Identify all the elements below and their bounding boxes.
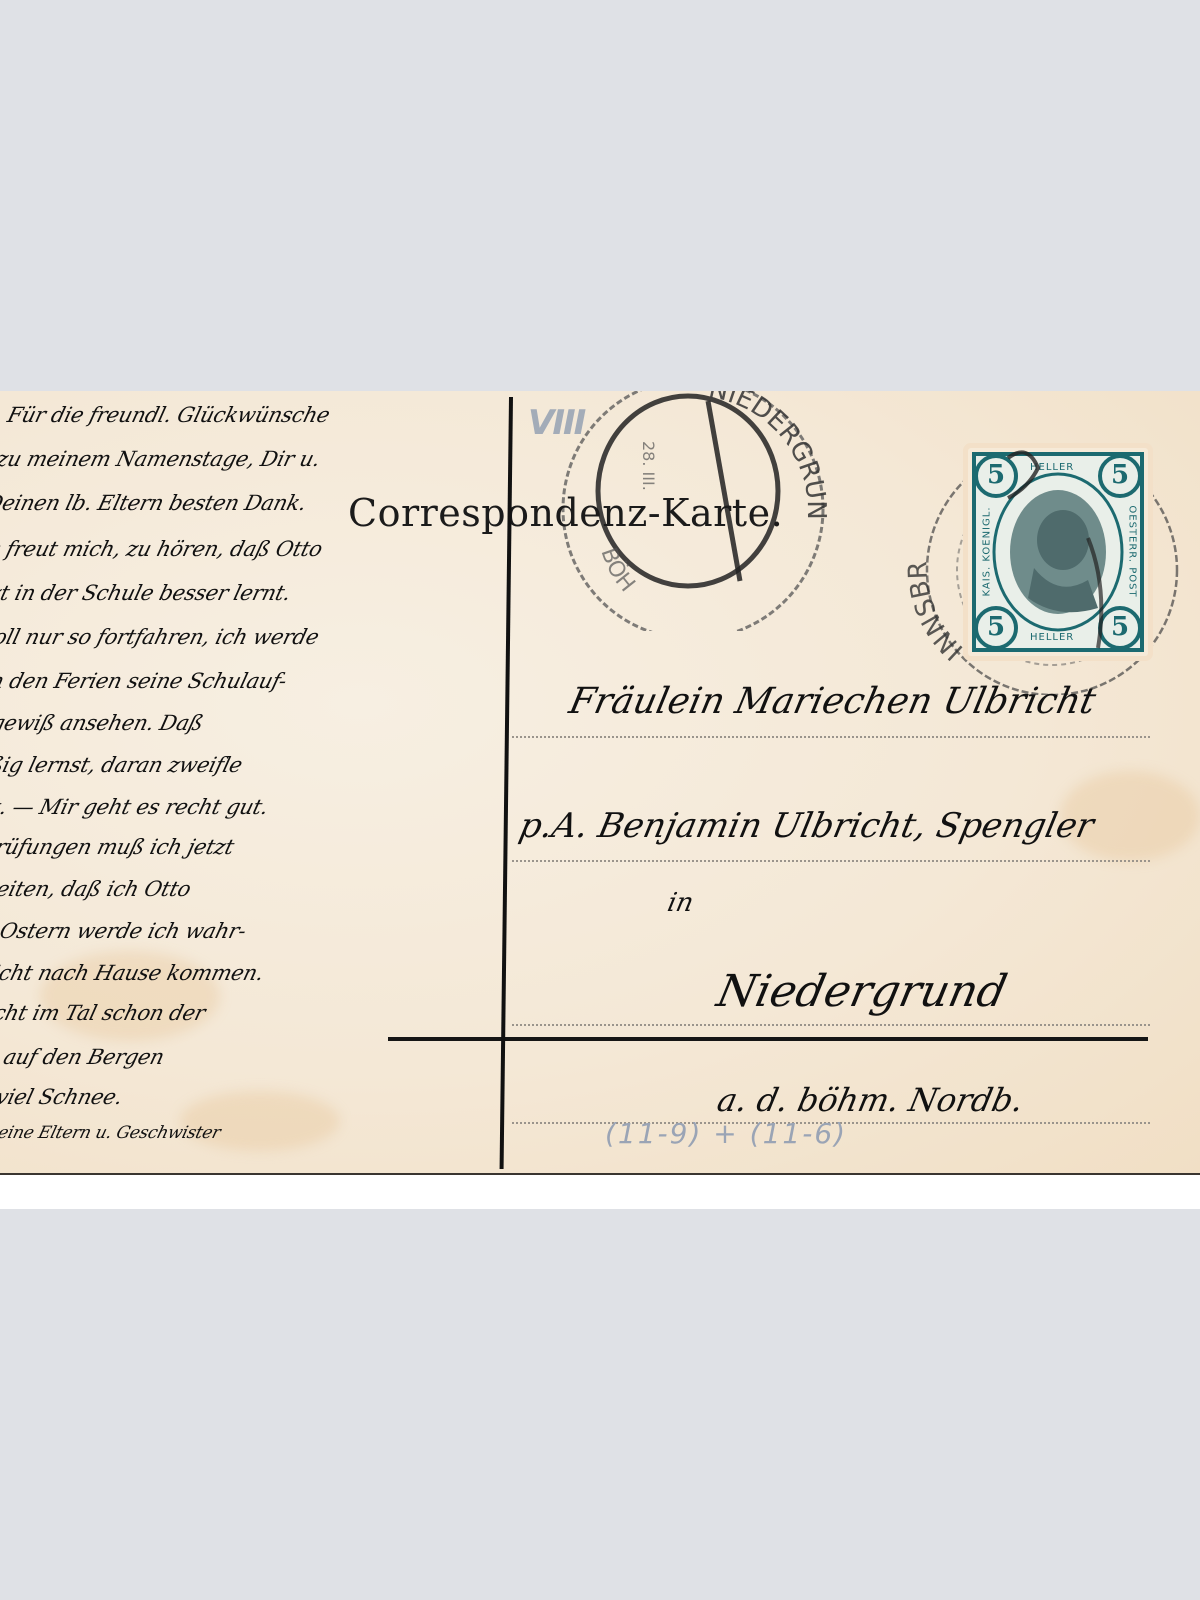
message-line: sätze gewiß ansehen. Daß [0,711,206,735]
message-line: jetzt in der Schule besser lernt. [0,581,293,605]
message-line: Mit Gruß an Dich, Deine Eltern u. Geschw… [0,1123,222,1143]
message-line: Er soll nur so fortfahren, ich werde [0,625,321,649]
address-line-3 [512,1024,1150,1026]
message-line: Du fleißig lernst, daran zweifle [0,753,245,777]
message-line: Deinen lb. Eltern besten Dank. [0,491,309,515]
address-town: Niedergrund [713,966,1012,1017]
message-line: scheinlich nicht nach Hause kommen. [0,961,266,985]
message-signature: R. U. [0,1147,1,1165]
pencil-catalog-note: (11-9) + (11-6) [605,1117,847,1150]
message-line: Für die Prüfungen muß ich jetzt [0,835,236,859]
address-line-2 [512,860,1150,862]
svg-text:INNSBR: INNSBR [903,561,969,666]
message-line: trösten. Zu Ostern werde ich wahr- [0,919,249,943]
address-preposition: in [665,888,696,918]
address-region: a. d. böhm. Nordb. [714,1081,1027,1119]
message-line: Frühling, aber auf den Bergen [0,1045,167,1069]
message-line: mir in den Ferien seine Schulauf- [0,669,289,693]
svg-text:BÖH: BÖH [595,545,639,597]
bottom-margin-strip [0,1172,1200,1209]
message-line: ich nicht. — Mir geht es recht gut. [0,795,271,819]
message-line: Es freut mich, zu hören, daß Otto [0,537,325,561]
message-line: Für die freundl. Glückwünsche [5,403,332,427]
address-recipient: Fräulein Mariechen Ulbricht [566,681,1100,722]
postcard: VIII NIEDERGRUND BÖH 28. III. [0,391,1200,1175]
message-line: — Hier herrscht im Tal schon der [0,1001,208,1025]
message-line: liegt noch viel, viel Schnee. [0,1085,125,1109]
card-title: Correspondenz-Karte. [348,491,783,535]
message-line: zu meinem Namenstage, Dir u. [0,447,323,471]
message-line: fleißig arbeiten, daß ich Otto [0,877,193,901]
svg-text:28. III.: 28. III. [639,441,658,491]
address-line-1 [512,736,1150,738]
postage-stamp: 5 5 5 5 HELLER HELLER KAIS. KOENIGL. OES… [968,448,1148,656]
address-care-of: p.A. Benjamin Ulbricht, Spengler [516,806,1098,846]
